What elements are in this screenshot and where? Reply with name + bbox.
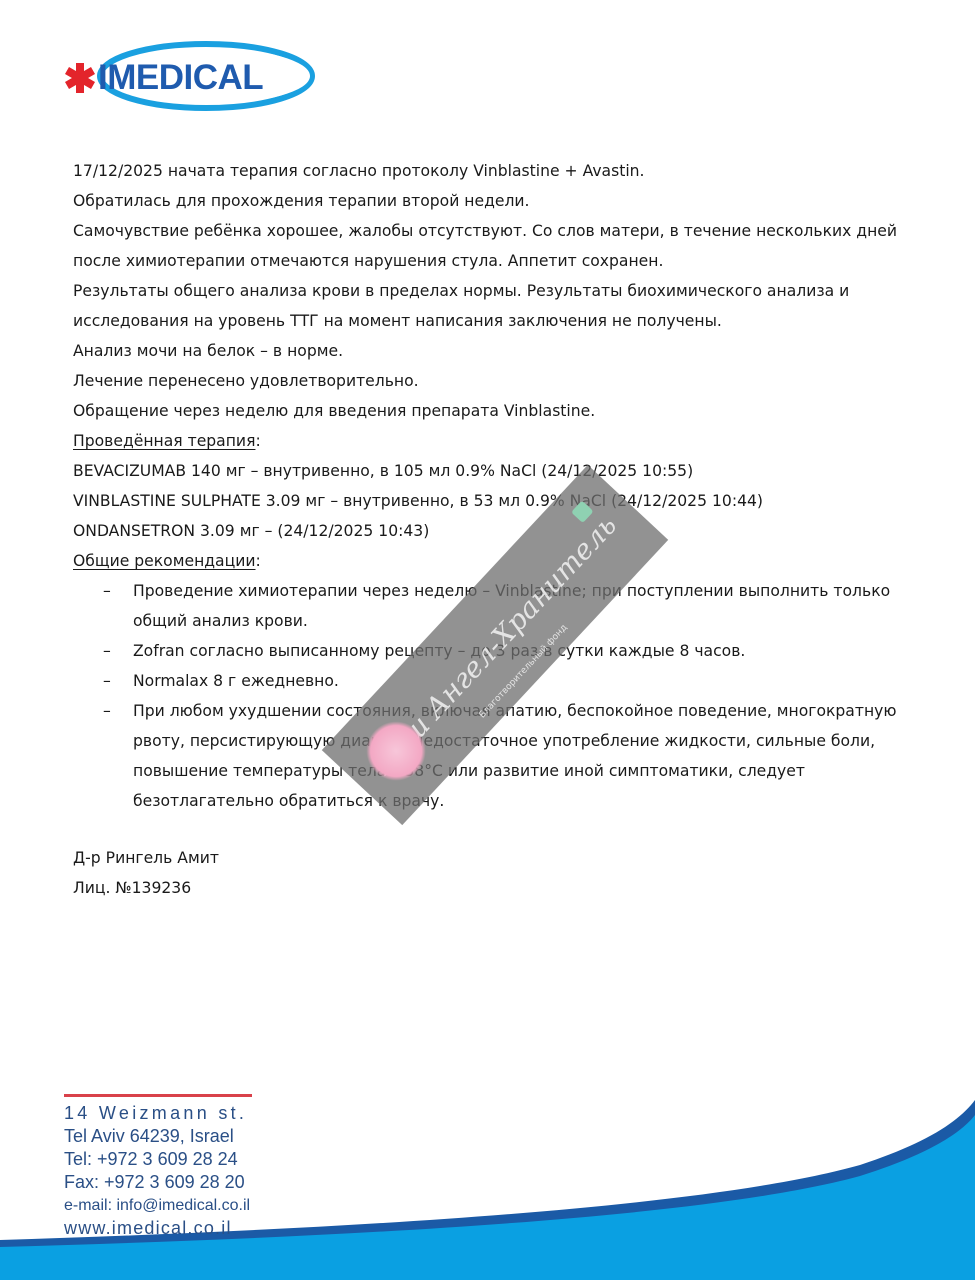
fax-number: Fax: +972 3 609 28 20 xyxy=(64,1171,250,1194)
therapy-heading: Проведённая терапия: xyxy=(73,426,943,456)
bullet-dash: – xyxy=(103,696,111,726)
address-street: 14 Weizmann st. xyxy=(64,1102,250,1125)
report-line: Обращение через неделю для введения преп… xyxy=(73,396,943,426)
therapy-item: VINBLASTINE SULPHATE 3.09 мг – внутривен… xyxy=(73,486,943,516)
imedical-logo: IMEDICAL xyxy=(58,38,318,114)
recommendation-item: – При любом ухудшении состояния, включая… xyxy=(73,696,943,816)
recommendation-text: Проведение химиотерапии через неделю – V… xyxy=(133,576,923,636)
footer-divider xyxy=(64,1094,252,1097)
recommendation-item: – Проведение химиотерапии через неделю –… xyxy=(73,576,943,636)
signature-block: Д-р Рингель Амит Лиц. №139236 xyxy=(73,843,219,903)
report-line: после химиотерапии отмечаются нарушения … xyxy=(73,246,943,276)
bullet-dash: – xyxy=(103,666,111,696)
heading-colon: : xyxy=(255,432,260,450)
recommendation-item: – Normalax 8 г ежедневно. xyxy=(73,666,943,696)
recommendations-list: – Проведение химиотерапии через неделю –… xyxy=(73,576,943,816)
report-line: исследования на уровень ТТГ на момент на… xyxy=(73,306,943,336)
report-line: 17/12/2025 начата терапия согласно прото… xyxy=(73,156,943,186)
recommendations-heading: Общие рекомендации: xyxy=(73,546,943,576)
therapy-item: ONDANSETRON 3.09 мг – (24/12/2025 10:43) xyxy=(73,516,943,546)
doctor-name: Д-р Рингель Амит xyxy=(73,843,219,873)
report-line: Самочувствие ребёнка хорошее, жалобы отс… xyxy=(73,216,943,246)
heading-colon: : xyxy=(256,552,261,570)
logo-text: IMEDICAL xyxy=(98,58,263,98)
report-line: Результаты общего анализа крови в предел… xyxy=(73,276,943,306)
therapy-item: BEVACIZUMAB 140 мг – внутривенно, в 105 … xyxy=(73,456,943,486)
star-of-life-icon xyxy=(65,63,95,93)
clinic-address: 14 Weizmann st. Tel Aviv 64239, Israel T… xyxy=(64,1102,250,1240)
therapy-heading-text: Проведённая терапия xyxy=(73,432,255,450)
recommendation-text: Normalax 8 г ежедневно. xyxy=(133,666,933,696)
report-body: 17/12/2025 начата терапия согласно прото… xyxy=(73,156,943,816)
recommendation-text: Zofran согласно выписанному рецепту – до… xyxy=(133,636,933,666)
recommendations-heading-text: Общие рекомендации xyxy=(73,552,256,570)
email-address[interactable]: e-mail: info@imedical.co.il xyxy=(64,1194,250,1217)
address-city: Tel Aviv 64239, Israel xyxy=(64,1125,250,1148)
website-link[interactable]: www.imedical.co.il xyxy=(64,1217,250,1240)
license-number: Лиц. №139236 xyxy=(73,873,219,903)
recommendation-item: – Zofran согласно выписанному рецепту – … xyxy=(73,636,943,666)
phone-number: Tel: +972 3 609 28 24 xyxy=(64,1148,250,1171)
report-line: Лечение перенесено удовлетворительно. xyxy=(73,366,943,396)
bullet-dash: – xyxy=(103,576,111,606)
recommendation-text: При любом ухудшении состояния, включая а… xyxy=(133,696,928,816)
report-line: Анализ мочи на белок – в норме. xyxy=(73,336,943,366)
bullet-dash: – xyxy=(103,636,111,666)
report-line: Обратилась для прохождения терапии второ… xyxy=(73,186,943,216)
